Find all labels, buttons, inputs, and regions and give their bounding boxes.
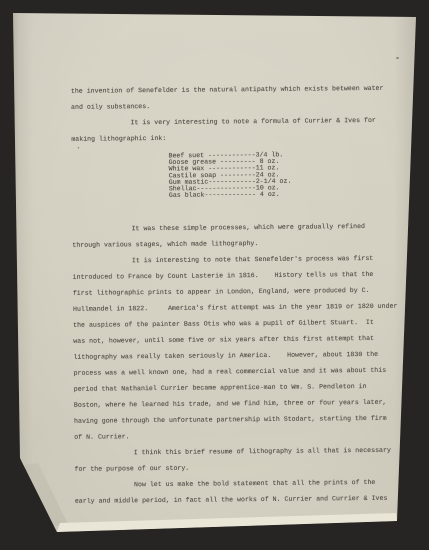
text-line: It is very interesting to note a formula…: [71, 112, 384, 131]
text-line: Gas black------------- 4 oz.: [169, 191, 292, 199]
text-line: having gone through the unfortunate part…: [74, 410, 399, 429]
text-line: the invention of Senefelder is the natur…: [71, 80, 384, 99]
photo-background: the invention of Senefelder is the natur…: [0, 0, 429, 550]
paragraph-block-main: It was these simple processes, which wer…: [72, 218, 399, 509]
paragraph-block-top: the invention of Senefelder is the natur…: [71, 80, 384, 147]
text-line: early and middle period, in fact all the…: [75, 490, 400, 509]
text-line: It was these simple processes, which wer…: [72, 218, 397, 237]
typewritten-text: the invention of Senefelder is the natur…: [0, 0, 429, 550]
text-line: making lithographic ink:: [71, 128, 384, 147]
text-line: I think this brief resume of lithography…: [74, 442, 399, 461]
ink-formula-list: Beef suet ------------3/4 lb.Goose greas…: [168, 151, 291, 198]
stray-typewriter-mark: .: [76, 143, 80, 150]
